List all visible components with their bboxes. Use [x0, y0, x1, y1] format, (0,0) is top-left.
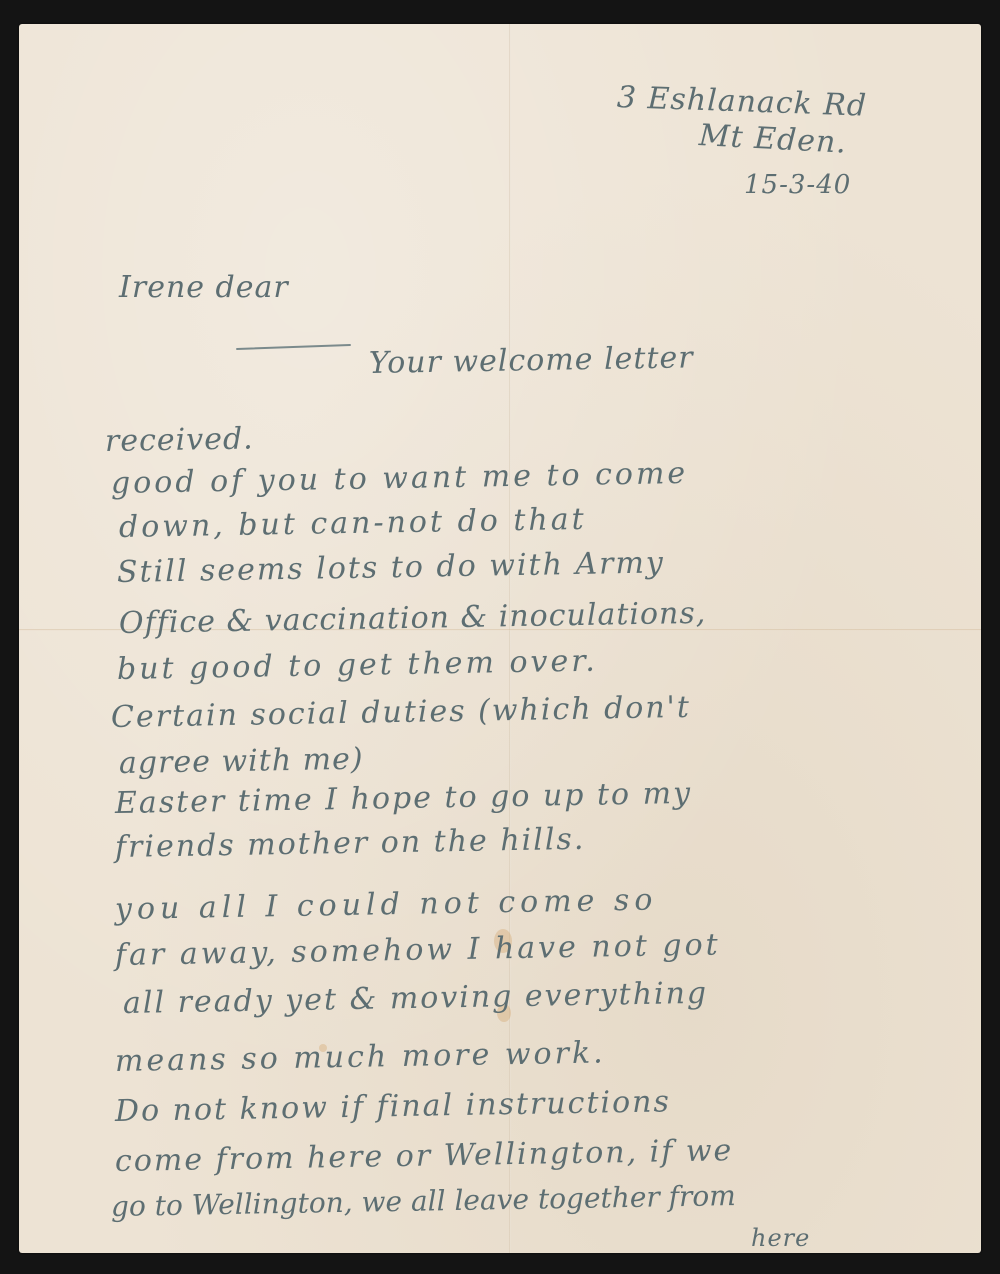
address-line-2: Mt Eden. — [698, 118, 848, 161]
salutation-underline — [236, 344, 351, 350]
body-line: go to Wellington, we all leave together … — [111, 1179, 736, 1223]
body-line: means so much more work. — [115, 1035, 606, 1079]
body-line: down, but can-not do that — [119, 502, 587, 545]
body-line: you all I could not come so — [115, 883, 658, 927]
body-line: come from here or Wellington, if we — [115, 1133, 734, 1179]
address-line-1: 3 Eshlanack Rd — [616, 80, 867, 124]
body-line: all ready yet & moving everything — [123, 976, 709, 1021]
body-line: good of you to want me to come — [111, 456, 689, 501]
body-line: Still seems lots to do with Army — [117, 545, 665, 590]
body-line: here — [751, 1224, 810, 1252]
body-line: Certain social duties (which don't — [111, 690, 692, 735]
letter-page: 3 Eshlanack Rd Mt Eden. 15-3-40 Irene de… — [19, 24, 981, 1253]
body-line: but good to get them over. — [117, 644, 598, 687]
body-line: friends mother on the hills. — [115, 822, 586, 865]
body-line: Office & vaccination & inoculations, — [119, 596, 707, 641]
body-line: agree with me) — [119, 742, 364, 781]
body-line: Easter time I hope to go up to my — [115, 776, 693, 821]
body-line: received. — [105, 421, 254, 459]
body-line: Do not know if final instructions — [115, 1084, 671, 1129]
salutation: Irene dear — [119, 270, 289, 305]
body-line: far away, somehow I have not got — [115, 927, 721, 973]
letter-date: 15-3-40 — [744, 170, 851, 200]
body-line: Your welcome letter — [369, 340, 694, 381]
